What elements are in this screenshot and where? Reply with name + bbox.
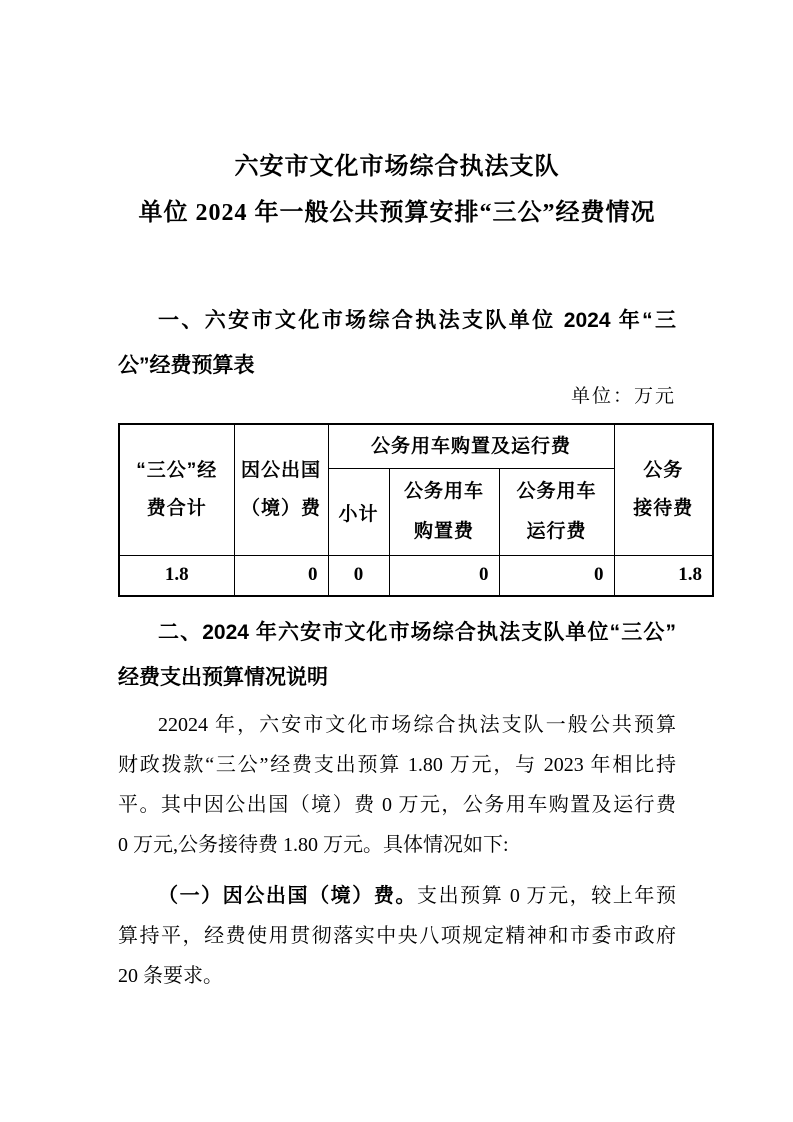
header-reception-fee: 公务 接待费 bbox=[614, 424, 713, 556]
header-abroad-fee-line-1: 因公出国 bbox=[235, 452, 328, 490]
document-content: 六安市文化市场综合执法支队 单位 2024 年一般公共预算安排“三公”经费情况 … bbox=[118, 0, 676, 996]
section-2-heading-line-1: 二、2024 年六安市文化市场综合执法支队单位“三公” bbox=[118, 610, 676, 655]
header-vehicle-purchase-line-2: 购置费 bbox=[390, 512, 499, 552]
header-reception-fee-line-2: 接待费 bbox=[615, 490, 713, 528]
header-vehicle-operation-line-1: 公务用车 bbox=[500, 472, 614, 512]
sangong-budget-table: “三公”经 费合计 因公出国 （境）费 公务用车购置及运行费 公务 接待费 小计… bbox=[118, 423, 714, 597]
header-abroad-fee: 因公出国 （境）费 bbox=[234, 424, 328, 556]
cell-vehicle-purchase: 0 bbox=[389, 556, 499, 596]
paragraph-2-line-3: 20 条要求。 bbox=[118, 956, 676, 996]
table-row: 1.8 0 0 0 0 1.8 bbox=[119, 556, 713, 596]
header-vehicle-purchase: 公务用车 购置费 bbox=[389, 469, 499, 556]
header-vehicle-group: 公务用车购置及运行费 bbox=[328, 424, 614, 469]
header-vehicle-subtotal: 小计 bbox=[328, 469, 389, 556]
cell-abroad-fee: 0 bbox=[234, 556, 328, 596]
paragraph-1-line-2: 财政拨款“三公”经费支出预算 1.80 万元，与 2023 年相比持 bbox=[118, 745, 676, 785]
document-title-line-1: 六安市文化市场综合执法支队 bbox=[118, 152, 676, 182]
header-vehicle-operation: 公务用车 运行费 bbox=[499, 469, 614, 556]
paragraph-budget-summary: 22024 年，六安市文化市场综合执法支队一般公共预算 财政拨款“三公”经费支出… bbox=[118, 705, 676, 865]
cell-vehicle-operation: 0 bbox=[499, 556, 614, 596]
header-sangong-total-line-2: 费合计 bbox=[120, 490, 234, 528]
paragraph-1-line-4: 0 万元,公务接待费 1.80 万元。具体情况如下: bbox=[118, 825, 676, 865]
document-page: 六安市文化市场综合执法支队 单位 2024 年一般公共预算安排“三公”经费情况 … bbox=[0, 0, 793, 1122]
paragraph-2-lead-bold: （一）因公出国（境）费。 bbox=[158, 885, 417, 907]
paragraph-1-line-1: 22024 年，六安市文化市场综合执法支队一般公共预算 bbox=[118, 705, 676, 745]
document-title-line-2: 单位 2024 年一般公共预算安排“三公”经费情况 bbox=[118, 198, 676, 228]
paragraph-2-line-1-rest: 支出预算 0 万元，较上年预 bbox=[417, 885, 676, 907]
paragraph-2-line-2: 算持平，经费使用贯彻落实中央八项规定精神和市委市政府 bbox=[118, 916, 676, 956]
cell-sangong-total: 1.8 bbox=[119, 556, 234, 596]
header-reception-fee-line-1: 公务 bbox=[615, 452, 713, 490]
header-vehicle-purchase-line-1: 公务用车 bbox=[390, 472, 499, 512]
header-vehicle-operation-line-2: 运行费 bbox=[500, 512, 614, 552]
paragraph-1-line-3: 平。其中因公出国（境）费 0 万元，公务用车购置及运行费 bbox=[118, 785, 676, 825]
header-sangong-total-line-1: “三公”经 bbox=[120, 452, 234, 490]
section-1-heading-line-1: 一、六安市文化市场综合执法支队单位 2024 年“三 bbox=[118, 298, 676, 343]
paragraph-2-line-1: （一）因公出国（境）费。支出预算 0 万元，较上年预 bbox=[118, 876, 676, 916]
cell-vehicle-subtotal: 0 bbox=[328, 556, 389, 596]
header-abroad-fee-line-2: （境）费 bbox=[235, 490, 328, 528]
section-2-heading: 二、2024 年六安市文化市场综合执法支队单位“三公” 经费支出预算情况说明 bbox=[118, 610, 676, 700]
cell-reception-fee: 1.8 bbox=[614, 556, 713, 596]
section-1-heading: 一、六安市文化市场综合执法支队单位 2024 年“三 公”经费预算表 bbox=[118, 298, 676, 388]
header-sangong-total: “三公”经 费合计 bbox=[119, 424, 234, 556]
section-1-heading-line-2: 公”经费预算表 bbox=[118, 343, 676, 388]
section-2-heading-line-2: 经费支出预算情况说明 bbox=[118, 655, 676, 700]
paragraph-abroad-fee-detail: （一）因公出国（境）费。支出预算 0 万元，较上年预 算持平，经费使用贯彻落实中… bbox=[118, 876, 676, 996]
